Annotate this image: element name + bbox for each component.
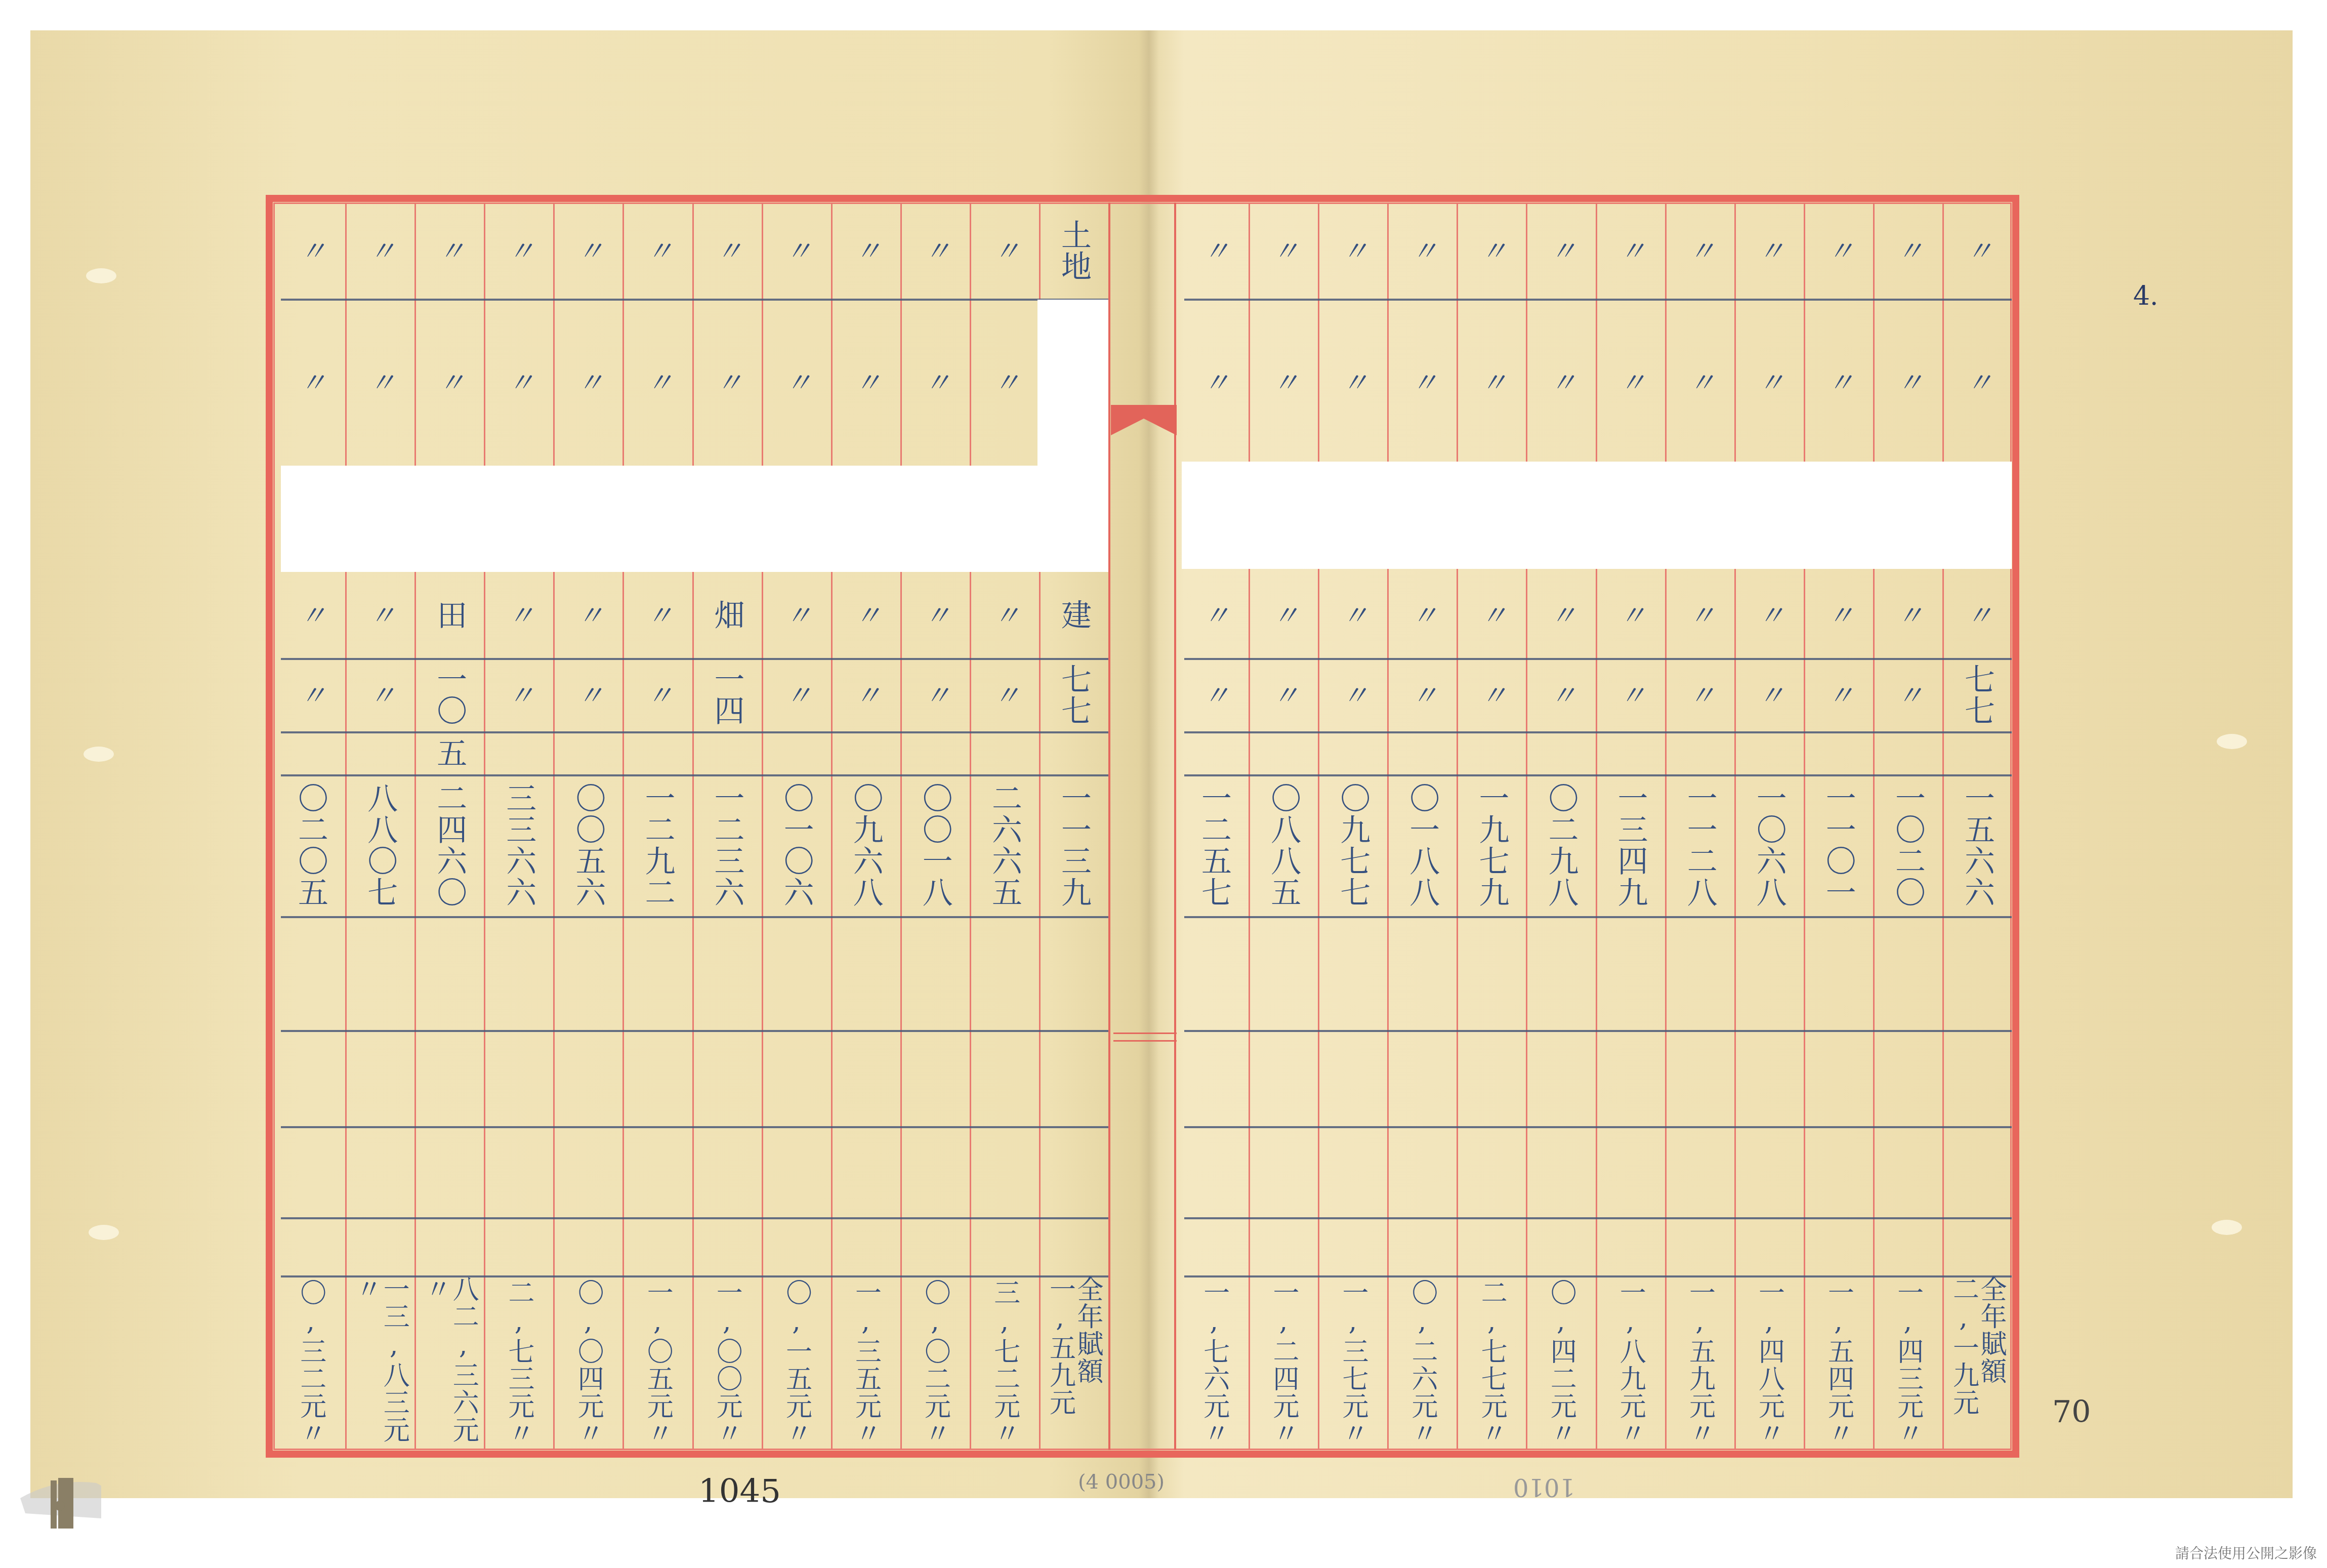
cell-bottom: 〇,四二元〃 xyxy=(1526,1275,1595,1450)
cell-row1: 〃 xyxy=(1596,202,1665,299)
cell-row3: 〃 xyxy=(345,572,414,658)
cell-row3: 建 xyxy=(1039,572,1108,658)
cell-row6: 一五六六 xyxy=(1942,774,2012,916)
cell-row2: 〃 xyxy=(553,299,622,466)
watermark-text: 請合法使用公開之影像 xyxy=(2175,1543,2317,1563)
binding-hole xyxy=(2217,734,2247,749)
cell-row2: 〃 xyxy=(1318,299,1387,466)
cell-row3: 〃 xyxy=(1179,572,1249,658)
row-rule xyxy=(281,1217,1108,1219)
cell-row4: 〃 xyxy=(1318,658,1387,731)
pencil-note-right: 1010 xyxy=(1513,1473,1575,1501)
row-rule xyxy=(1184,731,2012,733)
cell-row1: 〃 xyxy=(1526,202,1595,299)
cell-row1: 〃 xyxy=(1734,202,1804,299)
cell-bottom: 〇,三二元〃 xyxy=(276,1275,345,1450)
binding-hole xyxy=(89,1225,119,1240)
cell-row4: 〃 xyxy=(484,658,553,731)
archive-number: 1045 xyxy=(698,1473,781,1510)
cell-row6: 〇〇五六 xyxy=(553,774,622,916)
cell-row6: 〇〇一八 xyxy=(900,774,970,916)
cell-row3: 〃 xyxy=(1942,572,2012,658)
redaction-box-left xyxy=(281,466,1108,572)
cell-row6: 一二九二 xyxy=(622,774,692,916)
cell-row6: 一一〇一 xyxy=(1804,774,1873,916)
cell-row4: 七七 xyxy=(1942,658,2012,731)
cell-row2: 〃 xyxy=(1249,299,1318,466)
cell-row3: 〃 xyxy=(622,572,692,658)
cell-bottom: 一,二四元〃 xyxy=(1249,1275,1318,1450)
cell-row3: 〃 xyxy=(1873,572,1942,658)
cell-row6: 〇九七七 xyxy=(1318,774,1387,916)
corner-mark-bottom: 70 xyxy=(2052,1394,2091,1430)
cell-row2: 〃 xyxy=(414,299,484,466)
cell-row3: 〃 xyxy=(970,572,1039,658)
cell-row4: 七七 xyxy=(1039,658,1108,731)
binding-hole xyxy=(86,268,116,283)
gutter-rule-right xyxy=(1174,202,1176,1450)
cell-row1: 〃 xyxy=(414,202,484,299)
cell-row6: 〇九六八 xyxy=(831,774,900,916)
cell-row6: 三三六六 xyxy=(484,774,553,916)
cell-row3: 〃 xyxy=(1596,572,1665,658)
cell-row6: 〇一八八 xyxy=(1387,774,1457,916)
cell-bottom: 一,〇五元〃 xyxy=(622,1275,692,1450)
cell-bottom: 〇,一五元〃 xyxy=(762,1275,831,1450)
row-rule xyxy=(281,1030,1108,1032)
cell-row1: 〃 xyxy=(831,202,900,299)
cell-row1: 〃 xyxy=(1318,202,1387,299)
cell-row1: 〃 xyxy=(622,202,692,299)
cell-row2: 〃 xyxy=(762,299,831,466)
cell-row1: 〃 xyxy=(1665,202,1734,299)
binding-hole xyxy=(84,747,114,762)
cell-row3: 〃 xyxy=(1318,572,1387,658)
cell-row3: 〃 xyxy=(1387,572,1457,658)
cell-row3: 〃 xyxy=(1734,572,1804,658)
cell-row1: 〃 xyxy=(692,202,762,299)
cell-row6: 一一二八 xyxy=(1665,774,1734,916)
cell-row4: 〃 xyxy=(900,658,970,731)
corner-mark-top: 4. xyxy=(2133,281,2158,311)
cell-row3: 〃 xyxy=(762,572,831,658)
cell-row4: 〃 xyxy=(622,658,692,731)
cell-bottom: 八二,三六元〃 xyxy=(414,1275,484,1450)
cell-bottom: 二,七三元〃 xyxy=(484,1275,553,1450)
redaction-box-left-notch xyxy=(1037,300,1108,472)
cell-row6: 一一三九 xyxy=(1039,774,1108,916)
cell-row1: 〃 xyxy=(1804,202,1873,299)
cell-row6: 〇二〇五 xyxy=(276,774,345,916)
cell-bottom: 〇,〇二元〃 xyxy=(900,1275,970,1450)
cell-row4: 〃 xyxy=(553,658,622,731)
cell-row6: 〇一〇六 xyxy=(762,774,831,916)
cell-bottom: 三,七二元〃 xyxy=(970,1275,1039,1450)
row-rule xyxy=(1184,1217,2012,1219)
cell-bottom: 全年賦額 一,五九元 xyxy=(1039,1275,1108,1450)
cell-row2: 〃 xyxy=(1734,299,1804,466)
archive-logo-icon xyxy=(10,1458,101,1534)
cell-row4: 〃 xyxy=(1665,658,1734,731)
cell-row3: 〃 xyxy=(276,572,345,658)
cell-row1: 〃 xyxy=(553,202,622,299)
cell-row2: 〃 xyxy=(831,299,900,466)
cell-bottom: 一,三五元〃 xyxy=(831,1275,900,1450)
redaction-box-right xyxy=(1182,462,2012,569)
gutter-mark xyxy=(1113,1040,1177,1042)
gutter-rule-left xyxy=(1108,202,1110,1450)
cell-row1: 〃 xyxy=(1387,202,1457,299)
cell-row6: 一二三六 xyxy=(692,774,762,916)
cell-row3: 田 xyxy=(414,572,484,658)
cell-row2: 〃 xyxy=(484,299,553,466)
cell-row3: 〃 xyxy=(484,572,553,658)
cell-row2: 〃 xyxy=(692,299,762,466)
cell-row4: 〃 xyxy=(1249,658,1318,731)
cell-row4: 〃 xyxy=(276,658,345,731)
cell-row3: 〃 xyxy=(1665,572,1734,658)
cell-row4: 〃 xyxy=(1596,658,1665,731)
pencil-note-center: (4 0005) xyxy=(1078,1470,1165,1494)
cell-row1: 〃 xyxy=(1457,202,1526,299)
cell-row2: 〃 xyxy=(1665,299,1734,466)
row-rule xyxy=(1184,916,2012,918)
cell-bottom: 一,五四元〃 xyxy=(1804,1275,1873,1450)
cell-row4: 〃 xyxy=(1873,658,1942,731)
cell-bottom: 〇,〇四元〃 xyxy=(553,1275,622,1450)
cell-row4: 〃 xyxy=(345,658,414,731)
cell-row4: 〃 xyxy=(1526,658,1595,731)
cell-row6: 一二五七 xyxy=(1179,774,1249,916)
cell-row4: 〃 xyxy=(1457,658,1526,731)
cell-row1: 土地 xyxy=(1039,202,1108,299)
cell-row6: 二六六五 xyxy=(970,774,1039,916)
cell-row6: 〇八八五 xyxy=(1249,774,1318,916)
cell-row1: 〃 xyxy=(1249,202,1318,299)
cell-row2: 〃 xyxy=(900,299,970,466)
cell-row3: 〃 xyxy=(1249,572,1318,658)
cell-row1: 〃 xyxy=(484,202,553,299)
cell-row2: 〃 xyxy=(622,299,692,466)
cell-row2: 〃 xyxy=(276,299,345,466)
cell-row6: 一九七九 xyxy=(1457,774,1526,916)
cell-bottom: 一,七六元〃 xyxy=(1179,1275,1249,1450)
cell-row3: 〃 xyxy=(1457,572,1526,658)
cell-row2: 〃 xyxy=(1942,299,2012,466)
cell-row2: 〃 xyxy=(970,299,1039,466)
cell-row2: 〃 xyxy=(1179,299,1249,466)
cell-bottom: 一,三七元〃 xyxy=(1318,1275,1387,1450)
cell-row1: 〃 xyxy=(1942,202,2012,299)
cell-row6: 一〇六八 xyxy=(1734,774,1804,916)
cell-row4: 〃 xyxy=(1734,658,1804,731)
cell-row3: 〃 xyxy=(900,572,970,658)
cell-row1: 〃 xyxy=(1873,202,1942,299)
cell-row6: 一〇二〇 xyxy=(1873,774,1942,916)
cell-row4: 〃 xyxy=(831,658,900,731)
cell-row5: 五 xyxy=(414,731,484,774)
row-rule xyxy=(281,1126,1108,1128)
cell-row1: 〃 xyxy=(970,202,1039,299)
cell-bottom: 〇,二六元〃 xyxy=(1387,1275,1457,1450)
cell-bottom: 一,八九元〃 xyxy=(1596,1275,1665,1450)
row-rule xyxy=(281,916,1108,918)
cell-row6: 八八〇七 xyxy=(345,774,414,916)
cell-bottom: 一,四八元〃 xyxy=(1734,1275,1804,1450)
cell-row1: 〃 xyxy=(1179,202,1249,299)
cell-row6: 二四六〇 xyxy=(414,774,484,916)
cell-row3: 〃 xyxy=(553,572,622,658)
cell-bottom: 一,〇〇元〃 xyxy=(692,1275,762,1450)
row-rule xyxy=(281,731,1108,733)
row-rule xyxy=(1184,1030,2012,1032)
gutter-mark xyxy=(1113,1033,1177,1034)
cell-bottom: 一,五九元〃 xyxy=(1665,1275,1734,1450)
cell-bottom: 一三,八三元〃 xyxy=(345,1275,414,1450)
cell-row4: 一四 xyxy=(692,658,762,731)
cell-bottom: 二,七七元〃 xyxy=(1457,1275,1526,1450)
cell-bottom: 全年賦額 二,一九元 xyxy=(1942,1275,2012,1450)
cell-row4: 〃 xyxy=(1387,658,1457,731)
binding-hole xyxy=(2212,1220,2242,1235)
cell-row4: 〃 xyxy=(1804,658,1873,731)
cell-row1: 〃 xyxy=(345,202,414,299)
cell-row2: 〃 xyxy=(1526,299,1595,466)
cell-row4: 〃 xyxy=(970,658,1039,731)
cell-row3: 〃 xyxy=(1526,572,1595,658)
cell-row2: 〃 xyxy=(1457,299,1526,466)
cell-row4: 〃 xyxy=(1179,658,1249,731)
cell-row2: 〃 xyxy=(1596,299,1665,466)
cell-row2: 〃 xyxy=(345,299,414,466)
cell-row2: 〃 xyxy=(1873,299,1942,466)
cell-row4: 一〇 xyxy=(414,658,484,731)
row-rule xyxy=(1184,1126,2012,1128)
cell-row6: 〇二九八 xyxy=(1526,774,1595,916)
cell-row3: 〃 xyxy=(831,572,900,658)
cell-row2: 〃 xyxy=(1387,299,1457,466)
cell-row1: 〃 xyxy=(900,202,970,299)
cell-row6: 一三四九 xyxy=(1596,774,1665,916)
cell-row3: 畑 xyxy=(692,572,762,658)
cell-row3: 〃 xyxy=(1804,572,1873,658)
cell-row1: 〃 xyxy=(762,202,831,299)
cell-row1: 〃 xyxy=(276,202,345,299)
cell-row2: 〃 xyxy=(1804,299,1873,466)
cell-row4: 〃 xyxy=(762,658,831,731)
cell-bottom: 一,四三元〃 xyxy=(1873,1275,1942,1450)
